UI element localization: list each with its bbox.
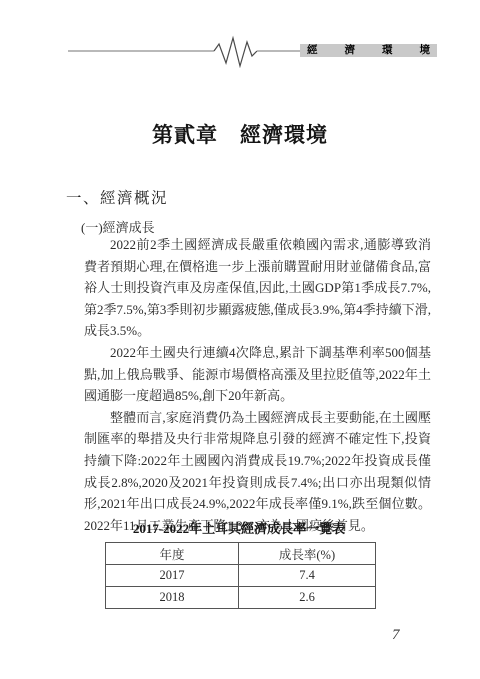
table-cell-rate: 2.6 (239, 587, 376, 609)
table-row: 2017 7.4 (106, 565, 376, 587)
body-text: 2022前2季土國經濟成長嚴重依賴國內需求,通膨導致消費者預期心理,在價格進一步… (84, 234, 431, 536)
table-row: 2018 2.6 (106, 587, 376, 609)
table-header-rate: 成長率(%) (239, 543, 376, 565)
paragraph: 2022前2季土國經濟成長嚴重依賴國內需求,通膨導致消費者預期心理,在價格進一步… (84, 234, 431, 342)
table-cell-year: 2018 (106, 587, 239, 609)
table-header-year: 年度 (106, 543, 239, 565)
chapter-label-bar: 經 濟 環 境 (300, 44, 437, 57)
document-page: 經 濟 環 境 第貳章 經濟環境 一、經濟概況 (一)經濟成長 2022前2季土… (0, 0, 480, 679)
table-title: 2017-2022年土耳其經濟成長率一覽表 (105, 518, 373, 537)
table-cell-rate: 7.4 (239, 565, 376, 587)
table-cell-year: 2017 (106, 565, 239, 587)
page-number: 7 (392, 627, 400, 644)
paragraph: 整體而言,家庭消費仍為土國經濟成長主要動能,在土國壓制匯率的舉措及央行非常規降息… (84, 407, 431, 537)
chapter-label-char: 濟 (345, 44, 356, 57)
growth-table-block: 2017-2022年土耳其經濟成長率一覽表 年度 成長率(%) 2017 7.4… (105, 518, 373, 609)
section-heading: 一、經濟概況 (66, 186, 168, 208)
chapter-title: 第貳章 經濟環境 (0, 119, 480, 149)
table-header-row: 年度 成長率(%) (106, 543, 376, 565)
chapter-label-char: 經 (307, 44, 318, 57)
growth-table: 年度 成長率(%) 2017 7.4 2018 2.6 (105, 542, 376, 609)
chapter-label-char: 境 (420, 44, 431, 57)
pulse-waveform-icon (214, 38, 257, 66)
paragraph: 2022年土國央行連續4次降息,累計下調基準利率500個基點,加上俄烏戰爭、能源… (84, 342, 431, 407)
chapter-label-char: 環 (382, 44, 393, 57)
